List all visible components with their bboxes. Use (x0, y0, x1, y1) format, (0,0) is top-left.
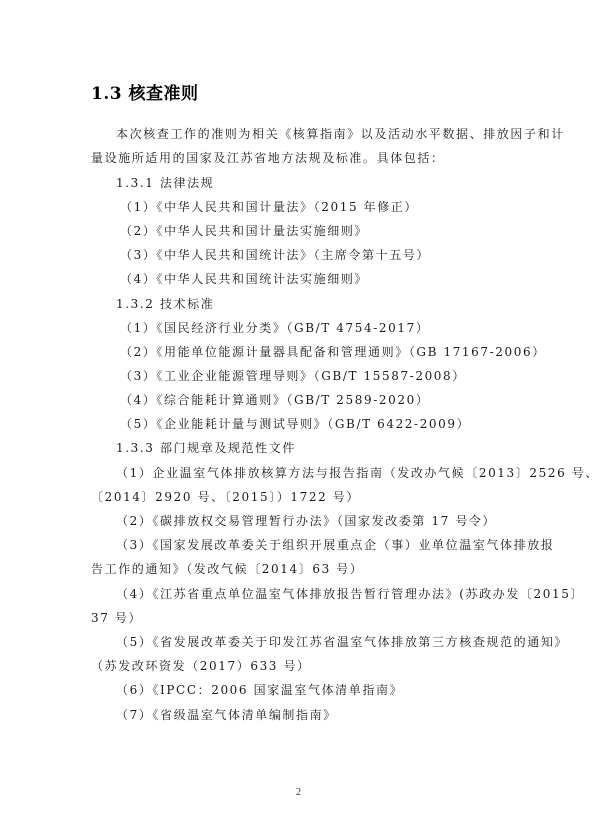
list-item: （2）《碳排放权交易管理暂行办法》（国家发改委第 17 号令） (116, 514, 496, 528)
subsection-title-laws: 1.3.1 法律法规 (116, 176, 214, 190)
list-item: （3）《工业企业能源管理导则》（GB/T 15587-2008） (120, 369, 466, 383)
list-item: （5）《企业能耗计量与测试导则》（GB/T 6422-2009） (120, 417, 470, 431)
list-item: （1）《中华人民共和国计量法》（2015 年修正） (120, 200, 418, 214)
list-item: （4）《江苏省重点单位温室气体排放报告暂行管理办法》(苏政办发〔2015〕 (116, 587, 584, 601)
list-item: （2）《用能单位能源计量器具配备和管理通则》（GB 17167-2006） (120, 345, 546, 359)
list-item-continuation: 37 号） (91, 611, 142, 625)
document-page: 1.3 核查准则 本次核查工作的准则为相关《核算指南》以及活动水平数据、排放因子… (0, 0, 600, 840)
list-item-continuation: （苏发改环资发（2017）633 号） (91, 659, 311, 673)
list-item: （3）《中华人民共和国统计法》（主席令第十五号） (120, 248, 430, 262)
intro-paragraph-line-2: 量设施所适用的国家及江苏省地方法规及标准。具体包括： (91, 151, 445, 165)
intro-paragraph-line-1: 本次核查工作的准则为相关《核算指南》以及活动水平数据、排放因子和计 (116, 127, 565, 141)
page-number: 2 (296, 787, 301, 798)
list-item: （4）《中华人民共和国统计法实施细则》 (120, 272, 368, 286)
list-item: （5）《省发展改革委关于印发江苏省温室气体排放第三方核查规范的通知》 (116, 635, 568, 649)
list-item: （7）《省级温室气体清单编制指南》 (116, 708, 337, 722)
list-item: （1）企业温室气体排放核算方法与报告指南（发改办气候〔2013〕2526 号、 (116, 466, 599, 480)
list-item-continuation: 告工作的通知》（发改气候〔2014〕63 号） (91, 562, 363, 576)
list-item-continuation: 〔2014〕2920 号、〔2015〕）1722 号） (91, 490, 360, 504)
subsection-title-technical-standards: 1.3.2 技术标准 (116, 297, 214, 311)
list-item: （2）《中华人民共和国计量法实施细则》 (120, 224, 368, 238)
section-heading: 1.3 核查准则 (91, 79, 199, 104)
subsection-title-regulations: 1.3.3 部门规章及规范性文件 (116, 441, 296, 455)
list-item: （3）《国家发展改革委关于组织开展重点企（事）业单位温室气体排放报 (116, 538, 554, 552)
list-item: （6）《IPCC：2006 国家温室气体清单指南》 (116, 683, 403, 697)
list-item: （1）《国民经济行业分类》（GB/T 4754-2017） (120, 321, 429, 335)
list-item: （4）《综合能耗计算通则》（GB/T 2589-2020） (120, 393, 429, 407)
